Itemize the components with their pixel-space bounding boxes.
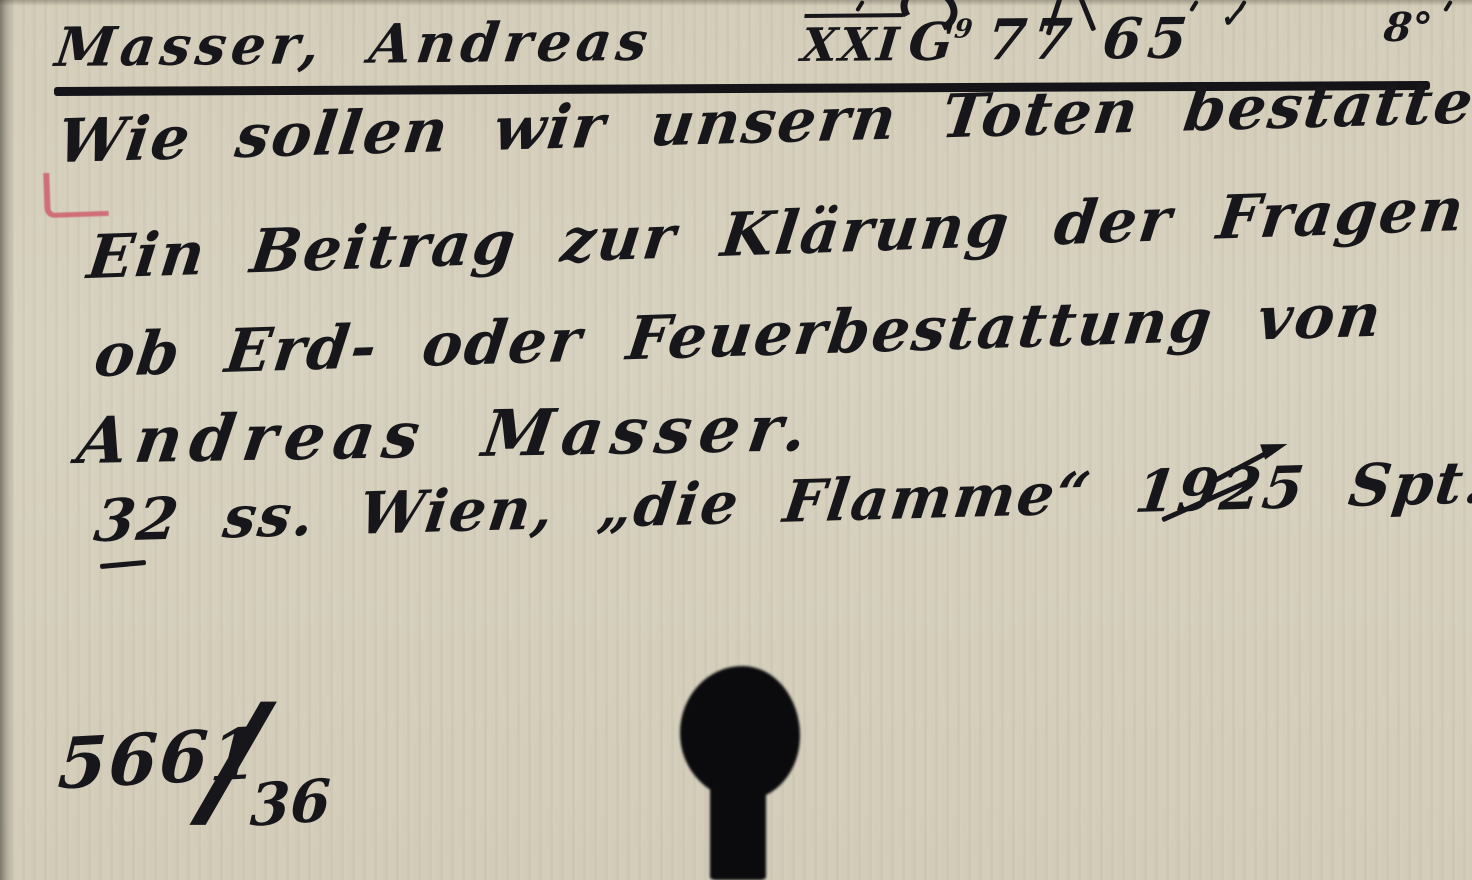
accession-number: 5661 / 36 xyxy=(58,702,398,880)
card-left-edge xyxy=(0,0,14,880)
catalog-card: Masser, Andreas XXIG977 65✓ 8° Wie solle… xyxy=(0,0,1472,880)
red-corner-mark xyxy=(43,171,109,218)
pages-underline-stroke xyxy=(100,560,146,569)
card-heading: Masser, Andreas xyxy=(52,14,655,74)
body-line-author: Andreas Masser. xyxy=(73,397,818,474)
body-line-subtitle-1: Ein Beitrag zur Klärung der Fragen xyxy=(84,180,1468,288)
shelfmark-roman: XXI xyxy=(799,17,903,72)
punch-hole-slot xyxy=(710,768,766,880)
body-line-subtitle-2: ob Erd- oder Feuerbestattung von xyxy=(91,285,1386,386)
accession-denominator: 36 xyxy=(249,771,332,835)
shelfmark: XXIG977 65✓ xyxy=(799,10,1248,70)
checkmark-icon: ✓ xyxy=(1219,0,1249,35)
format-size: 8° xyxy=(1382,8,1434,48)
card-top-edge xyxy=(0,0,1472,6)
punch-hole xyxy=(676,662,808,880)
